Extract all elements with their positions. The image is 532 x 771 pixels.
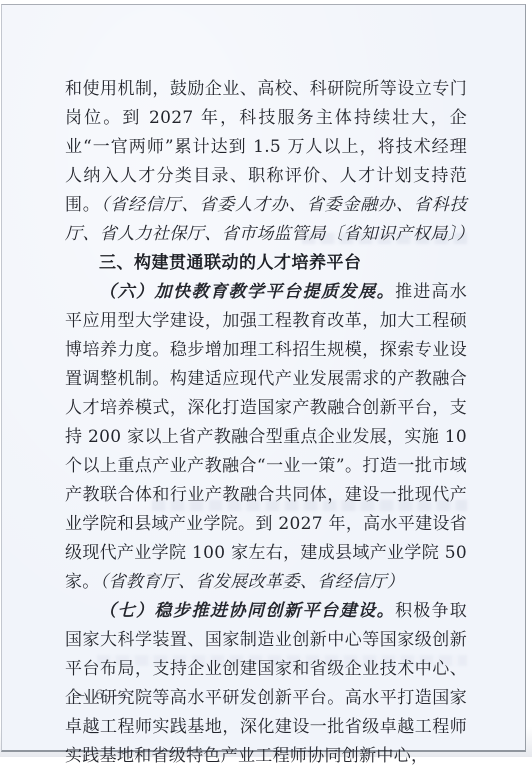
department-attribution: （省经信厅、省委人才办、省委金融办、省科技厅、省人力社保厅、省市场监管局〔省知识… <box>65 195 474 244</box>
item-7-text: 积极争取国家大科学装置、国家制造业创新中心等国家级创新平台布局，支持企业创建国家… <box>65 601 467 757</box>
document-body: 和使用机制，鼓励企业、高校、科研院所等设立专门岗位。到 2027 年，科技服务主… <box>65 75 467 757</box>
paragraph-continuation: 和使用机制，鼓励企业、高校、科研院所等设立专门岗位。到 2027 年，科技服务主… <box>65 75 467 249</box>
paragraph-item-7: （七）稳步推进协同创新平台建设。积极争取国家大科学装置、国家制造业创新中心等国家… <box>65 597 467 757</box>
page-number: — 6 — <box>72 688 130 703</box>
item-6-lead: （六）加快教育教学平台提质发展。 <box>99 282 395 302</box>
scanned-page: 和使用机制，鼓励企业、高校、科研院所等设立专门岗位。到 2027 年，科技服务主… <box>1 4 526 752</box>
section-heading: 三、构建贯通联动的人才培养平台 <box>65 249 467 278</box>
item-7-lead: （七）稳步推进协同创新平台建设。 <box>99 601 395 621</box>
paragraph-item-6: （六）加快教育教学平台提质发展。推进高水平应用型大学建设，加强工程教育改革，加大… <box>65 278 467 597</box>
item-6-text: 推进高水平应用型大学建设，加强工程教育改革，加大工程硕博培养力度。稳步增加理工科… <box>65 282 467 592</box>
department-attribution: （省教育厅、省发展改革委、省经信厅） <box>100 572 405 592</box>
